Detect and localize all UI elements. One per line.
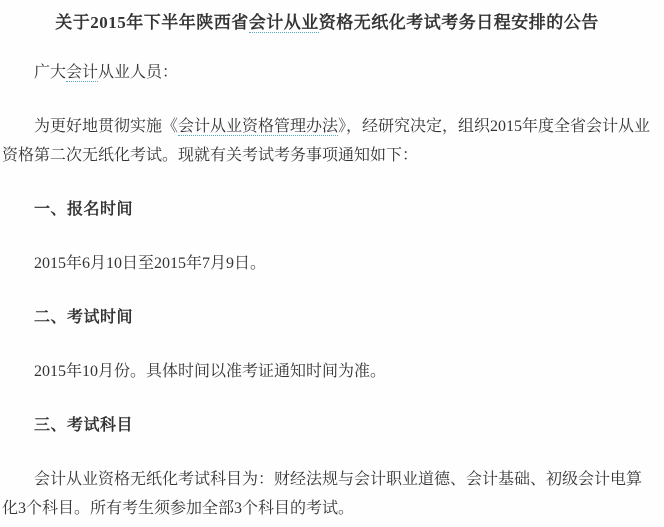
keyword-link-kuaiji[interactable]: 会计 [66, 64, 98, 82]
keyword-link-regulation[interactable]: 会计从业资格管理办法 [178, 118, 338, 136]
section-heading-exam-time: 二、考试时间 [2, 303, 652, 332]
salutation-paragraph: 广大会计从业人员： [2, 58, 652, 87]
title-text-pre: 关于2015年下半年陕西省 [55, 13, 249, 32]
section-body-registration-time: 2015年6月10日至2015年7月9日。 [2, 249, 652, 278]
intro-text-pre: 为更好地贯彻实施《 [34, 118, 178, 135]
section-body-exam-time: 2015年10月份。具体时间以准考证通知时间为准。 [2, 357, 652, 386]
keyword-link-title-kuaiji-congye[interactable]: 会计从业 [249, 13, 319, 33]
salutation-text-post: 从业人员： [98, 64, 178, 81]
page-title: 关于2015年下半年陕西省会计从业资格无纸化考试考务日程安排的公告 [2, 13, 652, 33]
section-heading-registration-time: 一、报名时间 [2, 195, 652, 224]
intro-paragraph: 为更好地贯彻实施《会计从业资格管理办法》，经研究决定，组织2015年度全省会计从… [2, 112, 652, 170]
section-heading-exam-subjects: 三、考试科目 [2, 411, 652, 440]
section-body-exam-subjects: 会计从业资格无纸化考试科目为：财经法规与会计职业道德、会计基础、初级会计电算化3… [2, 465, 652, 523]
title-text-post: 资格无纸化考试考务日程安排的公告 [319, 13, 599, 32]
salutation-text-pre: 广大 [34, 64, 66, 81]
announcement-document: 关于2015年下半年陕西省会计从业资格无纸化考试考务日程安排的公告 广大会计从业… [0, 0, 664, 527]
